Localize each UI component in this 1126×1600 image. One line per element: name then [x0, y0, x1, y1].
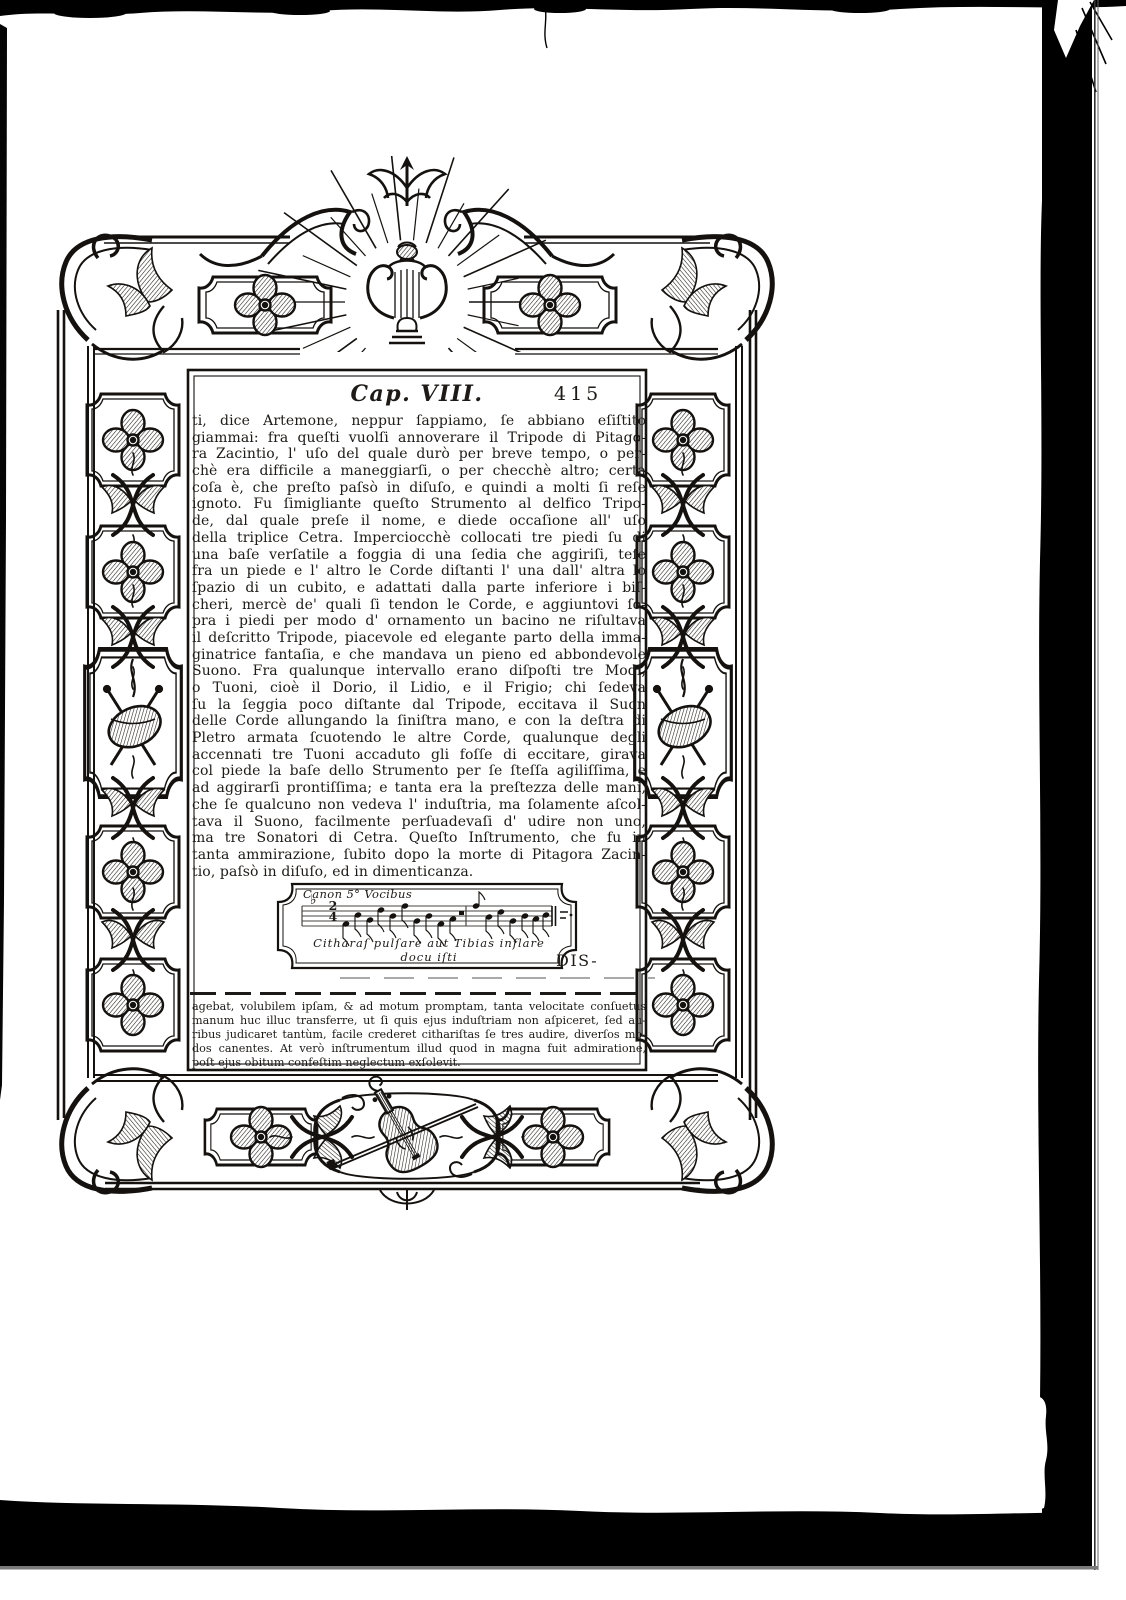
body-line: tio, paſsò in diſuſo, ed in dimenticanza…	[192, 864, 646, 881]
body-line: della triplice Cetra. Imperciocchè collo…	[192, 530, 646, 547]
footnote-line: poſt ejus obitum confeſtim neglectum exſ…	[192, 1056, 646, 1070]
corner-scroll-icon	[62, 1069, 183, 1193]
rosette-icon	[235, 275, 295, 335]
page-number: 415	[554, 383, 602, 405]
body-line: ſpazio di un cubito, e adattati dalla pa…	[192, 580, 646, 597]
body-line: accennati tre Tuoni accaduto gli foſſe d…	[192, 747, 646, 764]
body-line: Pletro armata ſcuotendo le altre Corde, …	[192, 730, 646, 747]
drum-icon	[102, 659, 167, 765]
body-text: ti, dice Artemone, neppur ſappiamo, ſe a…	[192, 413, 646, 880]
body-line: Suono. Fra qualunque intervallo erano di…	[192, 663, 646, 680]
rosette-icon	[103, 842, 163, 902]
body-line: cheri, mercè de' quali ſi tendon le Cord…	[192, 597, 646, 614]
catchword: DIS-	[556, 951, 598, 970]
body-line: che ſe qualcuno non vedeva l' induſtria,…	[192, 797, 646, 814]
footnote: agebat, volubilem ipſam, & ad motum prom…	[192, 1000, 646, 1069]
scan-border-left	[0, 24, 7, 1100]
page-header: Cap. VIII. 415	[188, 381, 646, 409]
body-line: delle Corde allungando la ſiniſtra mano,…	[192, 713, 646, 730]
body-line: coſa è, che preſto paſsò in diſuſo, e qu…	[192, 480, 646, 497]
time-lower: 4	[327, 911, 339, 922]
body-line: una baſe verſatile a foggia di una ſedia…	[192, 547, 646, 564]
body-line: tava il Suono, facilmente perſuadevaſi d…	[192, 814, 646, 831]
footnote-line: ribus judicaret tantùm, facile crederet …	[192, 1028, 646, 1042]
body-line: giammai: fra queſti vuolſi annoverare il…	[192, 430, 646, 447]
scanned-page: { "document": { "kind": "scanned-book-pa…	[0, 0, 1126, 1600]
body-line: chè era difficile a maneggiarſi, o per c…	[192, 463, 646, 480]
scan-border-right	[1022, 0, 1112, 1570]
corner-scroll-icon	[62, 235, 183, 359]
body-line: fra un piede e l' altro le Corde diſtant…	[192, 563, 646, 580]
body-line: ginatrice fantaſia, e che mandava un pie…	[192, 647, 646, 664]
body-line: ad aggirarſi prontiſſima; e tanta era la…	[192, 780, 646, 797]
body-line: tanta ammirazione, ſubito dopo la morte …	[192, 847, 646, 864]
rosette-icon	[520, 275, 580, 335]
footnote-line: agebat, volubilem ipſam, & ad motum prom…	[192, 1000, 646, 1014]
footnote-line: dos canentes. At verò inſtrumentum illud…	[192, 1042, 646, 1056]
body-line: ra Zacintio, l' uſo del quale durò per b…	[192, 446, 646, 463]
footnote-rule	[190, 992, 646, 995]
music-caption-top: Canon 5° Vocibus	[303, 887, 412, 901]
time-signature: 2 4	[327, 900, 339, 922]
body-line: o Tuoni, cioè il Dorio, il Lidio, e il F…	[192, 680, 646, 697]
rosette-icon	[523, 1107, 583, 1167]
rosette-icon	[653, 842, 713, 902]
rosette-icon	[653, 975, 713, 1035]
scan-border-bottom	[0, 1500, 1098, 1570]
body-line: ſu la ſeggia poco diſtante dal Tripode, …	[192, 697, 646, 714]
footnote-line: manum huc illuc transferre, ut ſi quis e…	[192, 1014, 646, 1028]
body-line: ignoto. Fu ſimigliante queſto Strumento …	[192, 496, 646, 513]
scan-border-top	[0, 0, 1126, 48]
body-line: col piede la baſe dello Strumento per ſe…	[192, 763, 646, 780]
body-line: de, dal quale preſe il nome, e diede occ…	[192, 513, 646, 530]
music-caption-bottom: Citharaſ pulſare aut Tibias inflare docu…	[296, 936, 562, 964]
body-line: pra i piedi per modo d' ornamento un bac…	[192, 613, 646, 630]
corner-scroll-icon	[652, 1069, 773, 1193]
body-line: ma tre Sonatori di Cetra. Queſto Inſtrum…	[192, 830, 646, 847]
corner-scroll-icon	[652, 235, 773, 359]
drum-icon	[652, 659, 717, 765]
body-line: il deſcritto Tripode, piacevole ed elega…	[192, 630, 646, 647]
rosette-icon	[103, 975, 163, 1035]
body-line: ti, dice Artemone, neppur ſappiamo, ſe a…	[192, 413, 646, 430]
